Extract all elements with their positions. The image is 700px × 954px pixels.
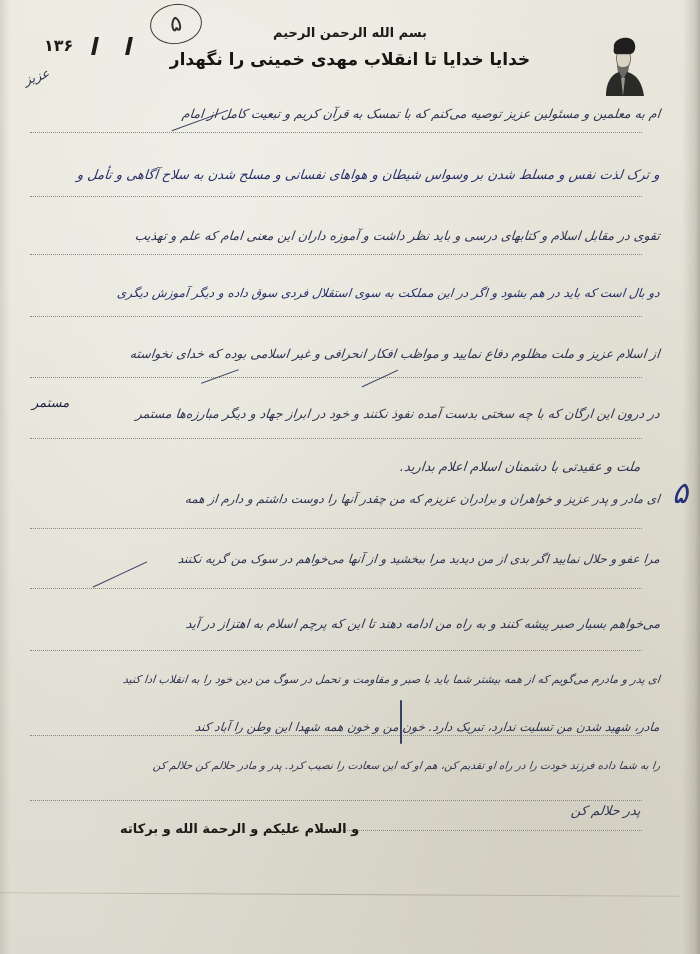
handwritten-line: از اسلام عزیز و ملت مظلوم دفاع نمایید و … <box>129 346 660 361</box>
handwritten-line: مادر، شهید شدن من تسلیت ندارد، تبریک دار… <box>195 720 661 734</box>
letter-page: ۵ بسم الله الرحمن الرحیم ۱۳۶ خدایا خدایا… <box>0 0 700 954</box>
closing-salutation: و السلام علیکم و الرحمة الله و برکاته <box>120 822 420 837</box>
handwritten-line: تقوی در مقابل اسلام و کتابهای درسی و بای… <box>134 228 661 243</box>
ruled-line <box>30 316 642 317</box>
handwritten-line: ای پدر و مادرم می‌گویم که از همه بیشتر ش… <box>122 673 660 686</box>
ruled-line <box>30 196 642 197</box>
handwritten-line: پدر حلالم کن <box>570 804 641 819</box>
handwritten-line: ای مادر و پدر عزیز و خواهران و برادران ع… <box>185 492 661 506</box>
ruled-line <box>30 254 642 255</box>
paper-fold-line <box>0 892 680 897</box>
handwritten-line: ملت و عقیدتی با دشمنان اسلام اعلام بداری… <box>399 460 641 475</box>
ruled-line <box>30 735 642 736</box>
ruled-line <box>30 377 642 378</box>
ruled-line <box>30 650 642 651</box>
ruled-line <box>30 800 642 801</box>
margin-note: مستمر <box>32 396 69 411</box>
ruled-line <box>30 132 642 133</box>
pen-stroke <box>93 561 148 588</box>
ruled-line <box>30 528 642 529</box>
handwritten-line: می‌خواهم بسیار صبر پیشه کنند و به راه من… <box>185 616 661 631</box>
pen-stroke <box>400 700 402 744</box>
handwritten-line: مرا عفو و حلال نمایید اگر بدی از من دیدی… <box>177 552 660 566</box>
ruled-line <box>30 438 642 439</box>
ruled-line <box>30 588 642 589</box>
portrait-icon <box>600 34 650 96</box>
handwritten-line: را به شما داده فرزند خودت را در راه او ت… <box>152 760 660 772</box>
handwritten-line: ام به معلمین و مسئولین عزیز توصیه می‌کنم… <box>181 106 661 121</box>
handwritten-line: در درون این ارگان که با چه سختی بدست آمد… <box>135 406 660 421</box>
handwritten-line: دو بال است که باید در هم بشود و اگر در ا… <box>117 286 661 300</box>
pen-stroke <box>362 370 399 388</box>
margin-number: ۵ <box>672 476 688 511</box>
letterhead-slogan: خدایا خدایا تا انقلاب مهدی خمینی را نگهد… <box>0 50 700 70</box>
handwritten-line: و ترک لذت نفس و مسلط شدن بر وسواس شیطان … <box>77 168 661 183</box>
